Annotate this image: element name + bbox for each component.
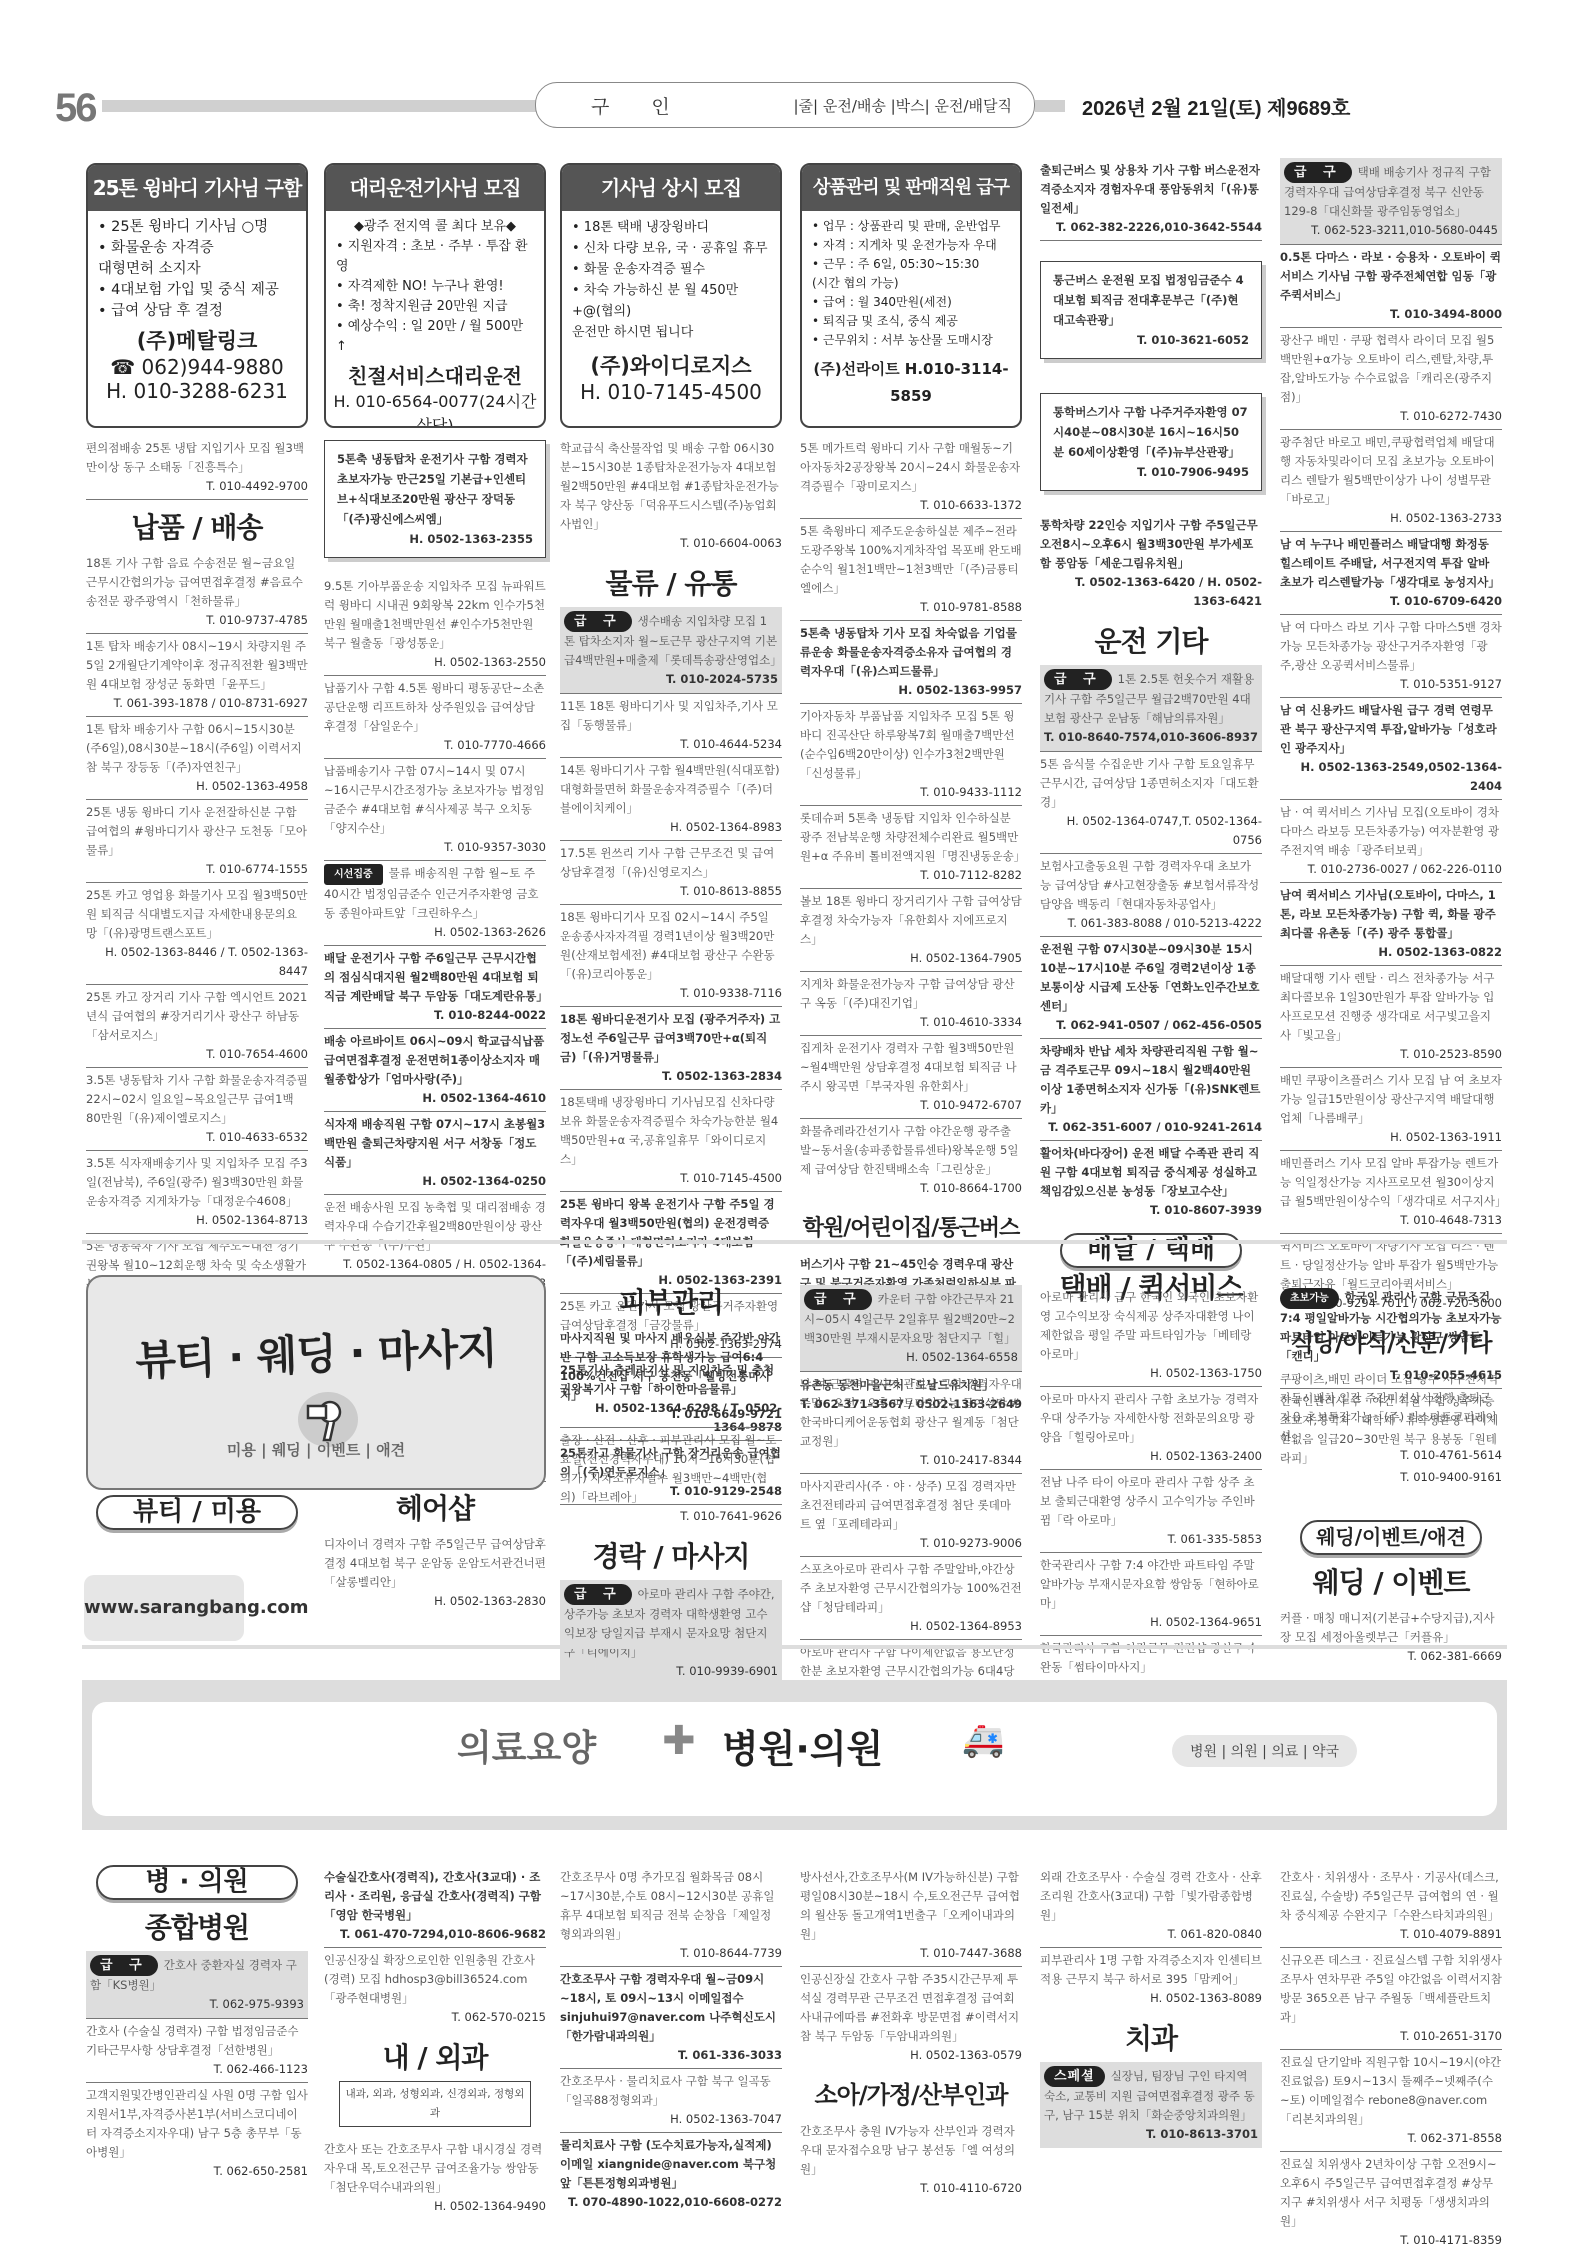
framed-ad: 5톤축 냉동탑차 운전기사 구함 경력자 초보자가능 만근25일 기본급+인센티…: [324, 440, 546, 558]
classified-ad: 남 여 근골격 마사지 관리사 구함 경력자우대 주말 · 오전 · 오후 파트…: [800, 1372, 1022, 1474]
classified-ad: 5톤 메가트럭 윙바디 기사 구함 매월동~기아자동차2공장왕복 20시~24시…: [800, 436, 1022, 519]
classified-ad: 신규오픈 데스크 · 진료실스텝 구함 치위생사 조무사 연차무관 주5일 야간…: [1280, 1948, 1502, 2050]
classified-ad: 피부관리사 1명 구함 자격증소지자 인센티브적용 근무지 북구 하서로 395…: [1040, 1948, 1262, 2011]
classified-ad: 급 구택배 배송기사 정규직 구함 경력자우대 급여상담후결정 북구 신안동 1…: [1280, 158, 1502, 245]
column-4: 5톤 메가트럭 윙바디 기사 구함 매월동~기아자동차2공장왕복 20시~24시…: [800, 436, 1022, 1417]
box-line: • 업무 : 상품관리 및 판매, 운반업무: [812, 217, 1010, 236]
classified-ad: 활어차(바다장어) 운전 배달 수족관 관리 직원 구함 4대보험 퇴직금 중식…: [1040, 1141, 1262, 1223]
urgent-badge: 급 구: [90, 1955, 158, 1976]
box-line: 운전만 하시면 됩니다: [572, 322, 770, 343]
page-number: 56: [55, 86, 96, 131]
box-company: (주)선라이트 H.010-3114-5859: [802, 356, 1020, 410]
section-heading: 학원/어린이집/통근버스: [800, 1219, 1022, 1238]
box-body: • 18톤 택배 냉장윙바디 • 신차 다량 보유, 국 · 공휴일 휴무 • …: [562, 211, 780, 349]
section-heading: 내 / 외과: [324, 2048, 546, 2067]
medical-col-c: 간호조무사 0명 추가모집 월화목금 08시~17시30분,수토 08시~12시…: [560, 1865, 782, 2215]
beauty-col-c: 피부관리 마사지직원 및 마사지 배우실분 주간반 야간반 구함 고소득보장 휴…: [560, 1275, 782, 1685]
beauty-col-d: 급 구카운터 구함 야간근무자 21시~05시 4일근무 2일휴무 월2백20만…: [800, 1285, 1022, 1722]
medical-banner: 의료요양 ✚ 병원·의원 🚑 병원 | 의원 | 의료 | 약국: [82, 1680, 1507, 1830]
column-5: 출퇴근버스 및 상용차 기사 구함 버스운전자격증소지자 경험자우대 풍암동위치…: [1040, 158, 1262, 1311]
classified-ad: 볼보 18톤 윙바디 장거리기사 구함 급여상담후결정 차숙가능자「유한회사 지…: [800, 889, 1022, 972]
section-categories: |줄| 운전/배송 |박스| 운전/배달직: [793, 95, 1012, 116]
spotlight-badge: 시선집중: [324, 864, 383, 885]
classified-ad: 마사지관리사(주 · 야 · 상주) 모집 경력자만 초건전테라피 급여면접후결…: [800, 1474, 1022, 1557]
classified-ad: 인공신장실 간호사 구함 주35시간근무제 투석실 경력무관 근무조건 면접후결…: [800, 1967, 1022, 2068]
classified-ad: 기아자동차 부품납품 지입차주 모집 5톤 윙바디 진곡산단 하루왕복7회 월매…: [800, 704, 1022, 806]
urgent-badge: 급 구: [1044, 669, 1112, 690]
classified-ad: 편의점배송 25톤 냉탑 지입기사 모집 월3백만이상 동구 소태동「진흥특수」…: [86, 436, 308, 500]
classified-ad: 배달대행 기사 렌탈 · 리스 전차종가능 서구 최다콜보유 1일30만원가 투…: [1280, 966, 1502, 1068]
section-heading: 납품 / 배송: [86, 518, 308, 537]
banner-subtitle: 미용 | 웨딩 | 이벤트 | 애견: [88, 1439, 544, 1460]
column-6: 급 구택배 배송기사 정규직 구함 경력자우대 급여상담후결정 북구 신안동 1…: [1280, 158, 1502, 1468]
classified-ad: 급 구아로마 관리사 구함 주야간,상주가능 초보자 경력자 대학생환영 고수익…: [560, 1580, 782, 1685]
classified-ad: 차량배차 반납 세차 차량관리직원 구함 월~금 격주토근무 09시~18시 월…: [1040, 1039, 1262, 1141]
classified-ad: 진료실 단기알바 직원구함 10시~19시(야간진료없음) 토9시~13시 둘째…: [1280, 2050, 1502, 2152]
classified-ad: 급 구카운터 구함 야간근무자 21시~05시 4일근무 2일휴무 월2백20만…: [800, 1285, 1022, 1372]
box-line: • 25톤 윙바디 기사님 ○명: [98, 217, 296, 238]
classified-ad: 14톤 윙바디기사 구함 월4백만원(식대포함) 대형화물면허 화물운송자격증필…: [560, 758, 782, 841]
classified-ad: 0.5톤 다마스 · 라보 · 승용차 · 오토바이 퀵서비스 기사님 구함 광…: [1280, 245, 1502, 328]
box-line: • 화물운송 자격증: [98, 238, 296, 259]
category-pill: 웨딩/이벤트/애견: [1300, 1520, 1482, 1555]
urgent-badge: 급 구: [804, 1289, 872, 1310]
box-line: • 차숙 가능하신 분 월 450만+@(협의): [572, 280, 770, 322]
classified-ad: 5톤 음식물 수집운반 기사 구함 토요일휴무 근무시간, 급여상담 1종면허소…: [1040, 752, 1262, 854]
display-ad-box: 25톤 윙바디 기사님 구함 • 25톤 윙바디 기사님 ○명 • 화물운송 자…: [86, 163, 308, 428]
section-divider: [82, 1240, 1507, 1244]
classified-ad: 전남 나주 타이 아로마 관리사 구함 상주 초보 출퇴근대환영 상주시 고수익…: [1040, 1470, 1262, 1553]
classified-ad: 수술실간호사(경력직), 간호사(3교대) · 조리사 · 조리원, 응급실 간…: [324, 1865, 546, 1948]
box-body: • 업무 : 상품관리 및 판매, 운반업무 • 자격 : 지게차 및 운전가능…: [802, 211, 1020, 356]
classified-ad: 3.5톤 식자재배송기사 및 지입차주 모집 주3일(전남북), 주6일(광주)…: [86, 1151, 308, 1234]
specialty-tags: 내과, 외과, 성형외과, 신경외과, 정형외과: [339, 2081, 531, 2127]
classified-ad: 인공신장실 확장으로인한 인원충원 간호사(경력) 모집 hdhosp3@bil…: [324, 1948, 546, 2030]
box-phone: H. 010-6564-0077(24시간 상담): [326, 390, 544, 428]
classified-ad: 배민플러스 기사 모집 알바 투잡가능 렌트가능 익일정산가능 지사프로모션 월…: [1280, 1151, 1502, 1234]
classified-ad: 집게차 운전기사 경력자 구함 월3백50만원~월4백만원 상담후결정 4대보험…: [800, 1036, 1022, 1119]
classified-ad: 운전원 구함 07시30분~09시30분 15시10분~17시10분 주6일 경…: [1040, 937, 1262, 1039]
header-rule-left: [102, 100, 537, 112]
classified-ad: 급 구생수배송 지입차량 모집 1톤 탑차소지자 월~토근무 광산구지역 기본급…: [560, 607, 782, 694]
box-line: • 예상수익 : 일 20만 / 월 500만↑: [336, 317, 534, 357]
website-link[interactable]: www.sarangbang.com: [84, 1575, 244, 1641]
medical-col-f: 간호사 · 치위생사 · 조무사 · 기공사(데스크, 진료실, 수술방) 주5…: [1280, 1865, 1502, 2253]
classified-ad: 지게차 화물운전가능자 구함 급여상담 광산구 옥동「(주)대진기업」T. 01…: [800, 972, 1022, 1036]
classified-ad: 마사지직원 및 마사지 배우실분 주간반 야간반 구함 고소득보장 휴학생가능 …: [560, 1326, 782, 1428]
header-rule-right: [1035, 100, 1065, 112]
box-body: • 25톤 윙바디 기사님 ○명 • 화물운송 자격증 대형면허 소지자 • 4…: [88, 211, 306, 328]
section-heading: 치과: [1040, 2029, 1262, 2048]
classified-ad: 진료실 치위생사 2년차이상 구함 오전9시~오후6시 주5일근무 급여면접후결…: [1280, 2152, 1502, 2253]
classified-ad: 간호사 (수술실 경력자) 구함 법정임금준수 기타근무사항 상담후결정「선한병…: [86, 2019, 308, 2083]
classified-ad: 시선집중물류 배송직원 구함 월~토 주40시간 법정임금준수 인근거주자환영 …: [324, 861, 546, 946]
page-header: 56 구 인 |줄| 운전/배송 |박스| 운전/배달직 2026년 2월 21…: [0, 82, 1588, 132]
classified-ad: 외래 간호조무사 · 수술실 경력 간호사 · 산후조리원 간호사(3교대) 구…: [1040, 1865, 1262, 1948]
classified-ad: 식자재 배송직원 구함 07시~17시 초봉월3백만원 출퇴근차량지원 서구 서…: [324, 1112, 546, 1195]
section-pill: 구 인 |줄| 운전/배송 |박스| 운전/배달직: [535, 82, 1035, 128]
section-heading: 경락 / 마사지: [560, 1547, 782, 1566]
classified-ad: 18톤 윙바디기사 모집 02시~14시 주5일 운송종사자자격필 경력1년이상…: [560, 905, 782, 1007]
classified-ad: 1톤 탑차 배송기사 구함 06시~15시30분(주6일),08시30분~18시…: [86, 717, 308, 800]
section-title: 구 인: [591, 92, 688, 119]
box-line: • 급여 : 월 340만원(세전): [812, 293, 1010, 312]
box-title: 대리운전기사님 모집: [326, 165, 544, 211]
ambulance-icon: 🚑: [962, 1720, 1004, 1760]
classified-ad: 보험사고출동요원 구함 경력자우대 초보가능 급여상담 #사고현장출동 #보험서…: [1040, 854, 1262, 937]
beauty-banner: 뷰티 · 웨딩 · 마사지 미용 | 웨딩 | 이벤트 | 애견: [86, 1275, 546, 1490]
section-divider: [82, 1645, 1507, 1649]
classified-ad: 디자이너 경력자 구함 주5일근무 급여상담후결정 4대보험 북구 운암동 운암…: [324, 1532, 546, 1614]
classified-ad: 스포츠아로마 관리사 구함 주말알바,야간상주 초보자환영 근무시간협의가능 1…: [800, 1557, 1022, 1640]
framed-ad: 통근버스 운전원 모집 법정임금준수 4대보험 퇴직금 전대후문부근「(주)현대…: [1040, 261, 1262, 359]
classified-ad: 25톤 카고 영업용 화물기사 모집 월3백50만원 퇴직금 식대별도지급 자세…: [86, 883, 308, 985]
classified-ad: 9.5톤 기아부품운송 지입차주 모집 뉴파워트럭 윙바디 시내권 9회왕복 2…: [324, 574, 546, 676]
box-line: • 근무 : 주 6일, 05:30~15:30: [812, 255, 1010, 274]
box-line: 대형면허 소지자: [98, 259, 296, 280]
classified-ad: 18톤택배 냉장윙바디 기사님모집 신차다량보유 화물운송자격증필수 차숙가능한…: [560, 1090, 782, 1192]
beauty-col-b: 헤어샵 디자이너 경력자 구함 주5일근무 급여상담후결정 4대보험 북구 운암…: [324, 1495, 546, 1614]
box-line: • 축! 정착지원금 20만원 지급: [336, 297, 534, 317]
box-title: 25톤 윙바디 기사님 구함: [88, 165, 306, 211]
classified-ad: 18톤 윙바디운전기사 모집 (광주거주자) 고정노선 주6일근무 급여3백70…: [560, 1007, 782, 1090]
classified-ad: 납품배송기사 구함 07시~14시 및 07시~16시근무시간조정가능 초보자가…: [324, 759, 546, 861]
banner-left-title: 의료요양: [457, 1720, 596, 1771]
classified-ad: 방사선사,간호조무사(M IV가능하신분) 구함 평일08시30분~18시 수,…: [800, 1865, 1022, 1967]
classified-ad: 3.5톤 냉동탑차 기사 구함 화물운송자격증필 22시~02시 일요일~목요일…: [86, 1068, 308, 1151]
box-title: 기사님 상시 모집: [562, 165, 780, 211]
classified-ad: 아로마 관리사 급구 한국인 외국인 초보자환영 고수익보장 숙식제공 상주자대…: [1040, 1285, 1262, 1387]
section-heading: 피부관리: [560, 1293, 782, 1312]
banner-title: 병원·의원: [722, 1718, 883, 1773]
box-line: • 18톤 택배 냉장윙바디: [572, 217, 770, 238]
classified-ad: 간호조무사 · 물리치료사 구함 북구 일곡동「일곡88정형외과」H. 0502…: [560, 2069, 782, 2133]
box-line: • 자격 : 지게차 및 운전가능자 우대: [812, 236, 1010, 255]
classified-ad: 고객지원및간병인관리실 사원 0명 구함 입사지원서1부,자격증사본1부(서비스…: [86, 2083, 308, 2184]
classified-ad: 남 여 신용카드 배달사원 급구 경력 연령무관 북구 광산구지역 투잡,알바가…: [1280, 698, 1502, 800]
box-title: 상품관리 및 판매직원 급구: [802, 165, 1020, 211]
classified-ad: 통학차량 22인승 지입기사 구함 주5일근무 오전8시~오후6시 월3백30만…: [1040, 513, 1262, 614]
medical-col-d: 방사선사,간호조무사(M IV가능하신분) 구함 평일08시30분~18시 수,…: [800, 1865, 1022, 2201]
classified-ad: 커플 · 매칭 매니저(기본급+수당지급),지사장 모집 세정아울렛부근「커플유…: [1280, 1606, 1502, 1669]
box-body: ◆광주 전지역 콜 최다 보유◆ • 지원자격 : 초보 · 주부 · 투잡 환…: [326, 211, 544, 363]
medical-col-a: 병 · 의원 종합병원 급 구간호사 중환자실 경력자 구함「KS병원」T. 0…: [86, 1865, 308, 2184]
banner-tags: 병원 | 의원 | 의료 | 약국: [1172, 1735, 1357, 1767]
classified-ad: 11톤 18톤 윙바디기사 및 지입차주,기사 모집「동행물류」T. 010-4…: [560, 694, 782, 758]
classified-ad: 출퇴근버스 및 상용차 기사 구함 버스운전자격증소지자 경험자우대 풍암동위치…: [1040, 158, 1262, 241]
box-company: 친절서비스대리운전: [326, 363, 544, 390]
section-heading: 웨딩 / 이벤트: [1280, 1573, 1502, 1592]
category-pill: 병 · 의원: [96, 1865, 298, 1900]
urgent-badge: 급 구: [564, 1584, 632, 1605]
classified-ad: 17.5톤 윈쓰리 기사 구함 근무조건 및 급여상담후결정「(유)신영로지스」…: [560, 841, 782, 905]
classified-ad: 물리치료사 구함 (도수치료가능자,실적제) 이메일 xiangnide@nav…: [560, 2133, 782, 2215]
classified-ad: 초보가능한국인 관리사 구함 근무조건 7:4 평일알바가능 시간협의가능 초보…: [1280, 1285, 1502, 1389]
special-badge: 스페셜: [1044, 2066, 1105, 2087]
medical-col-e: 외래 간호조무사 · 수술실 경력 간호사 · 산후조리원 간호사(3교대) 구…: [1040, 1865, 1262, 2148]
display-ad-box: 대리운전기사님 모집 ◆광주 전지역 콜 최다 보유◆ • 지원자격 : 초보 …: [324, 163, 546, 428]
box-line: • 신차 다량 보유, 국 · 공휴일 휴무: [572, 238, 770, 259]
classified-ad: 롯데슈퍼 5톤축 냉동탑 지입차 인수하실분 광주 전남북운행 차량전체수리완료…: [800, 806, 1022, 889]
classified-ad: 급 구1톤 2.5톤 헌옷수거 재활용기사 구함 주5일근무 월급2백70만원 …: [1040, 665, 1262, 752]
urgent-badge: 급 구: [564, 611, 632, 632]
classified-ad: 배민 쿠팡이츠플러스 기사 모집 남 여 초보자가능 일급15만원이상 광산구지…: [1280, 1068, 1502, 1151]
box-line: • 지원자격 : 초보 · 주부 · 투잡 환영: [336, 237, 534, 277]
category-pill: 뷰티 / 미용: [96, 1495, 298, 1530]
beauty-col-f: 초보가능한국인 관리사 구함 근무조건 7:4 평일알바가능 시간협의가능 초보…: [1280, 1285, 1502, 1669]
box-phone: H. 010-3288-6231: [88, 379, 306, 403]
classified-ad: 간호사 · 치위생사 · 조무사 · 기공사(데스크, 진료실, 수술방) 주5…: [1280, 1865, 1502, 1948]
classified-ad: 5톤축 냉동탑차 기사 모집 차숙없음 기업물류운송 화물운송자격증소유자 급여…: [800, 621, 1022, 704]
classified-ad: 남 여 다마스 라보 기사 구함 다마스5밴 경차가능 모든차종가능 광산구거주…: [1280, 615, 1502, 698]
classified-ad: 납품기사 구함 4.5톤 윙바디 평동공단~소촌공단운행 리프트하차 상주원있음…: [324, 676, 546, 759]
display-ad-box: 기사님 상시 모집 • 18톤 택배 냉장윙바디 • 신차 다량 보유, 국 ·…: [560, 163, 782, 428]
box-company: (주)메탈링크: [88, 328, 306, 355]
classified-ad: 5톤 축윙바디 제주도운송하실분 제주~전라도광주왕복 100%지게차작업 목포…: [800, 519, 1022, 621]
classified-ad: 간호조무사 충원 IV가능자 산부인과 경력자우대 문자접수요망 남구 봉선동「…: [800, 2119, 1022, 2201]
box-line: • 근무위치 : 서부 농산물 도매시장: [812, 331, 1010, 350]
classified-ad: 배달 운전기사 구함 주6일근무 근무시간협의 점심식대지원 월2백80만원 4…: [324, 946, 546, 1029]
classified-ad: 광주첨단 바로고 배민,쿠팡협력업체 배달대행 자동차및라이더 모집 초보가능 …: [1280, 430, 1502, 532]
section-heading: 헤어샵: [324, 1499, 546, 1518]
section-heading: 소아/가정/산부인과: [800, 2086, 1022, 2105]
box-line: • 4대보험 가입 및 중식 제공: [98, 280, 296, 301]
classified-ad: 1톤 탑차 배송기사 08시~19시 차량지원 주5일 2개월단기계약이후 정규…: [86, 634, 308, 717]
box-phone: H. 010-7145-4500: [562, 380, 780, 404]
section-heading: 물류 / 유통: [560, 574, 782, 593]
issue-date: 2026년 2월 21일(토) 제9689호: [1082, 92, 1350, 121]
beginner-ok-badge: 초보가능: [1280, 1288, 1339, 1309]
classified-ad: 광산구 배민 · 쿠팡 협력사 라이더 모집 월5백만원+α가능 오토바이 리스…: [1280, 328, 1502, 430]
box-line: • 퇴직금 및 조식, 중식 제공: [812, 312, 1010, 331]
classified-ad: 남여 퀵서비스 기사님(오토바이, 다마스, 1톤, 라보 모든차종가능) 구함…: [1280, 883, 1502, 966]
section-heading: 종합병원: [86, 1918, 308, 1937]
box-line: • 자격제한 NO! 누구나 환영!: [336, 277, 534, 297]
classified-ad: 급 구간호사 중환자실 경력자 구함「KS병원」T. 062-975-9393: [86, 1951, 308, 2019]
classified-ad: 25톤 냉동 윙바디 기사 운전잘하신분 구함 급여협의 #윙바디기사 광산구 …: [86, 800, 308, 883]
category-pill: 배달 / 택배: [1060, 1233, 1242, 1268]
beauty-col-a: 뷰티 / 미용: [86, 1495, 308, 1530]
classified-ad: 간호조무사 0명 추가모집 월화목금 08시~17시30분,수토 08시~12시…: [560, 1865, 782, 1967]
column-1: 편의점배송 25톤 냉탑 지입기사 모집 월3백만이상 동구 소태동「진흥특수」…: [86, 436, 308, 1419]
classified-ad: 배송 아르바이트 06시~09시 학교급식납품 급여면접후결정 운전면허1종이상…: [324, 1029, 546, 1112]
box-phone: ☎ 062)944-9880: [88, 355, 306, 379]
classified-ad: 학교급식 축산물작업 및 배송 구함 06시30분~15시30분 1종탑차운전가…: [560, 436, 782, 556]
banner-title: 뷰티 · 웨딩 · 마사지: [87, 1314, 545, 1390]
box-line: ◆광주 전지역 콜 최다 보유◆: [336, 217, 534, 237]
classified-ad: 스페셜실장님, 팀장님 구인 타지역 숙소, 교통비 지원 급여면접후결정 광주…: [1040, 2062, 1262, 2148]
box-company: (주)와이디로지스: [562, 353, 780, 380]
display-ad-box: 상품관리 및 판매직원 급구 • 업무 : 상품관리 및 판매, 운반업무 • …: [800, 163, 1022, 428]
classified-ad: 남 여 누구나 배민플러스 배달대행 화정동 힐스테이트 주배달, 서구전지역 …: [1280, 532, 1502, 615]
classified-ad: 간호사 또는 간호조무사 구함 내시경실 경력자우대 목,토오전근무 급여조율가…: [324, 2137, 546, 2219]
section-heading: 운전 기타: [1040, 632, 1262, 651]
classified-ad: 한국관리사 구함 7:4 야간반 파트타임 주말알바가능 부재시문자요함 쌍암동…: [1040, 1553, 1262, 1636]
classified-ad: 25톤 카고 장거리 기사 구함 엑시언트 2021년식 급여협의 #장거리기사…: [86, 985, 308, 1068]
classified-ad: 아로마 마사지 관리사 구함 초보가능 경력자우대 상주가능 자세한사항 전화문…: [1040, 1387, 1262, 1470]
framed-ad: 통학버스기사 구함 나주거주자환영 07시40분~08시30분 16시~16시5…: [1040, 393, 1262, 491]
classified-ad: 한국인관리사 주 · 야간 직원 구함 상주가능 초보자,경력자 · 대학재 ·…: [1280, 1389, 1502, 1490]
classified-ad: 남 · 여 퀵서비스 기사님 모집(오토바이 경차 다마스 라보등 모든차종가능…: [1280, 800, 1502, 883]
box-line: (시간 협의 가능): [812, 274, 1010, 293]
box-line: • 화물 운송자격증 필수: [572, 259, 770, 280]
classified-ad: 간호조무사 구함 경력자우대 월~금09시~18시, 토 09시~13시 이메일…: [560, 1967, 782, 2069]
box-line: • 급여 상담 후 결정: [98, 301, 296, 322]
urgent-badge: 급 구: [1284, 162, 1352, 183]
classified-ad: 화물츄레라간선기사 구함 야간운행 광주출발~동서울(송파종합물류센타)왕복운행…: [800, 1119, 1022, 1201]
classified-ad: 출장 · 산전 · 산후 · 피부관리사 모집 월~토요일(전신경력자우대) 1…: [560, 1428, 782, 1529]
classified-ad: 18톤 기사 구함 음료 수송전문 월~금요일 근무시간협의가능 급여면접후결정…: [86, 551, 308, 634]
medical-col-b: 수술실간호사(경력직), 간호사(3교대) · 조리사 · 조리원, 응급실 간…: [324, 1865, 546, 2219]
medical-cross-icon: ✚: [662, 1718, 696, 1764]
